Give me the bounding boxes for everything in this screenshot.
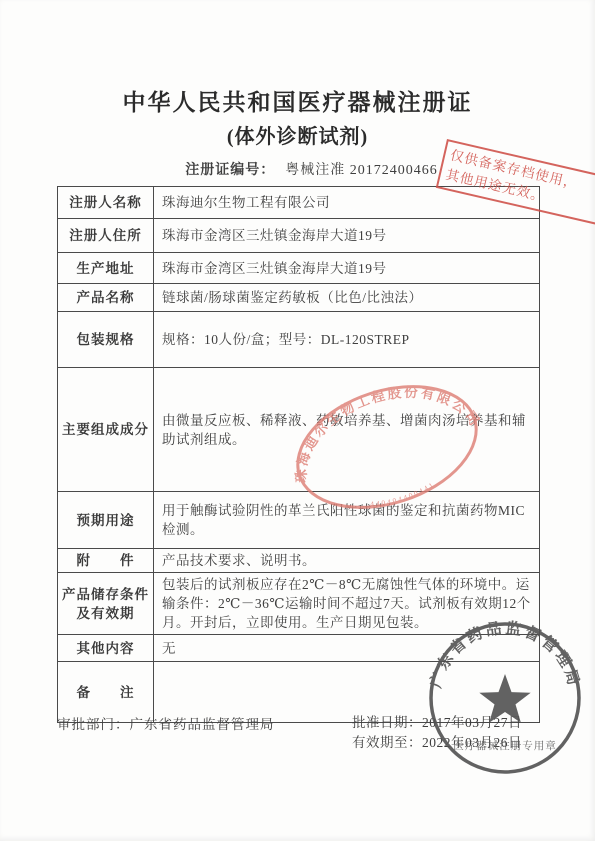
approval-date-label: 批准日期： <box>352 715 422 730</box>
document-subtitle: (体外诊断试剂) <box>0 120 595 149</box>
approval-department-line: 审批部门：广东省药品监督管理局 <box>57 713 275 733</box>
document-title: 中华人民共和国医疗器械注册证 <box>0 84 595 117</box>
approval-department-value: 广东省药品监督管理局 <box>130 717 275 732</box>
row-label: 注册人住所 <box>58 219 154 252</box>
registration-number-value: 粤械注准 20172400466 <box>285 163 438 178</box>
table-row-product-name: 产品名称 链球菌/肠球菌鉴定药敏板（比色/比浊法） <box>58 284 539 312</box>
company-seal-digits: 440404400441 <box>368 479 438 513</box>
row-value: 产品技术要求、说明书。 <box>154 549 539 572</box>
row-label: 预期用途 <box>58 492 154 548</box>
star-icon <box>479 674 530 723</box>
row-label: 包装规格 <box>58 312 154 367</box>
row-value: 珠海市金湾区三灶镇金海岸大道19号 <box>154 253 539 283</box>
authority-seal-name: 医疗器械注册专用章 <box>453 739 557 752</box>
authority-round-seal: 广东省药品监督管理局 医疗器械注册专用章 <box>420 613 590 783</box>
registration-number-label: 注册证编号： <box>185 163 275 178</box>
valid-until-label: 有效期至： <box>352 735 422 750</box>
row-label: 注册人名称 <box>58 187 154 218</box>
row-value: 链球菌/肠球菌鉴定药敏板（比色/比浊法） <box>154 284 539 311</box>
table-row-production-address: 生产地址 珠海市金湾区三灶镇金海岸大道19号 <box>58 253 539 284</box>
row-value: 珠海市金湾区三灶镇金海岸大道19号 <box>154 219 539 252</box>
svg-text:440404400441: 440404400441 <box>368 479 438 513</box>
table-row-attachments: 附 件 产品技术要求、说明书。 <box>58 549 539 573</box>
row-label: 其他内容 <box>58 635 154 661</box>
row-label: 生产地址 <box>58 253 154 283</box>
table-row-registrant-address: 注册人住所 珠海市金湾区三灶镇金海岸大道19号 <box>58 219 539 253</box>
row-label: 附 件 <box>58 549 154 572</box>
row-label: 主要组成成分 <box>58 368 154 491</box>
row-label: 产品名称 <box>58 284 154 311</box>
certificate-page: 中华人民共和国医疗器械注册证 (体外诊断试剂) 注册证编号：粤械注准 20172… <box>0 0 595 841</box>
approval-department-label: 审批部门： <box>57 717 130 732</box>
row-label: 产品储存条件及有效期 <box>58 573 154 634</box>
row-value: 规格：10人份/盒；型号：DL-120STREP <box>154 312 539 367</box>
